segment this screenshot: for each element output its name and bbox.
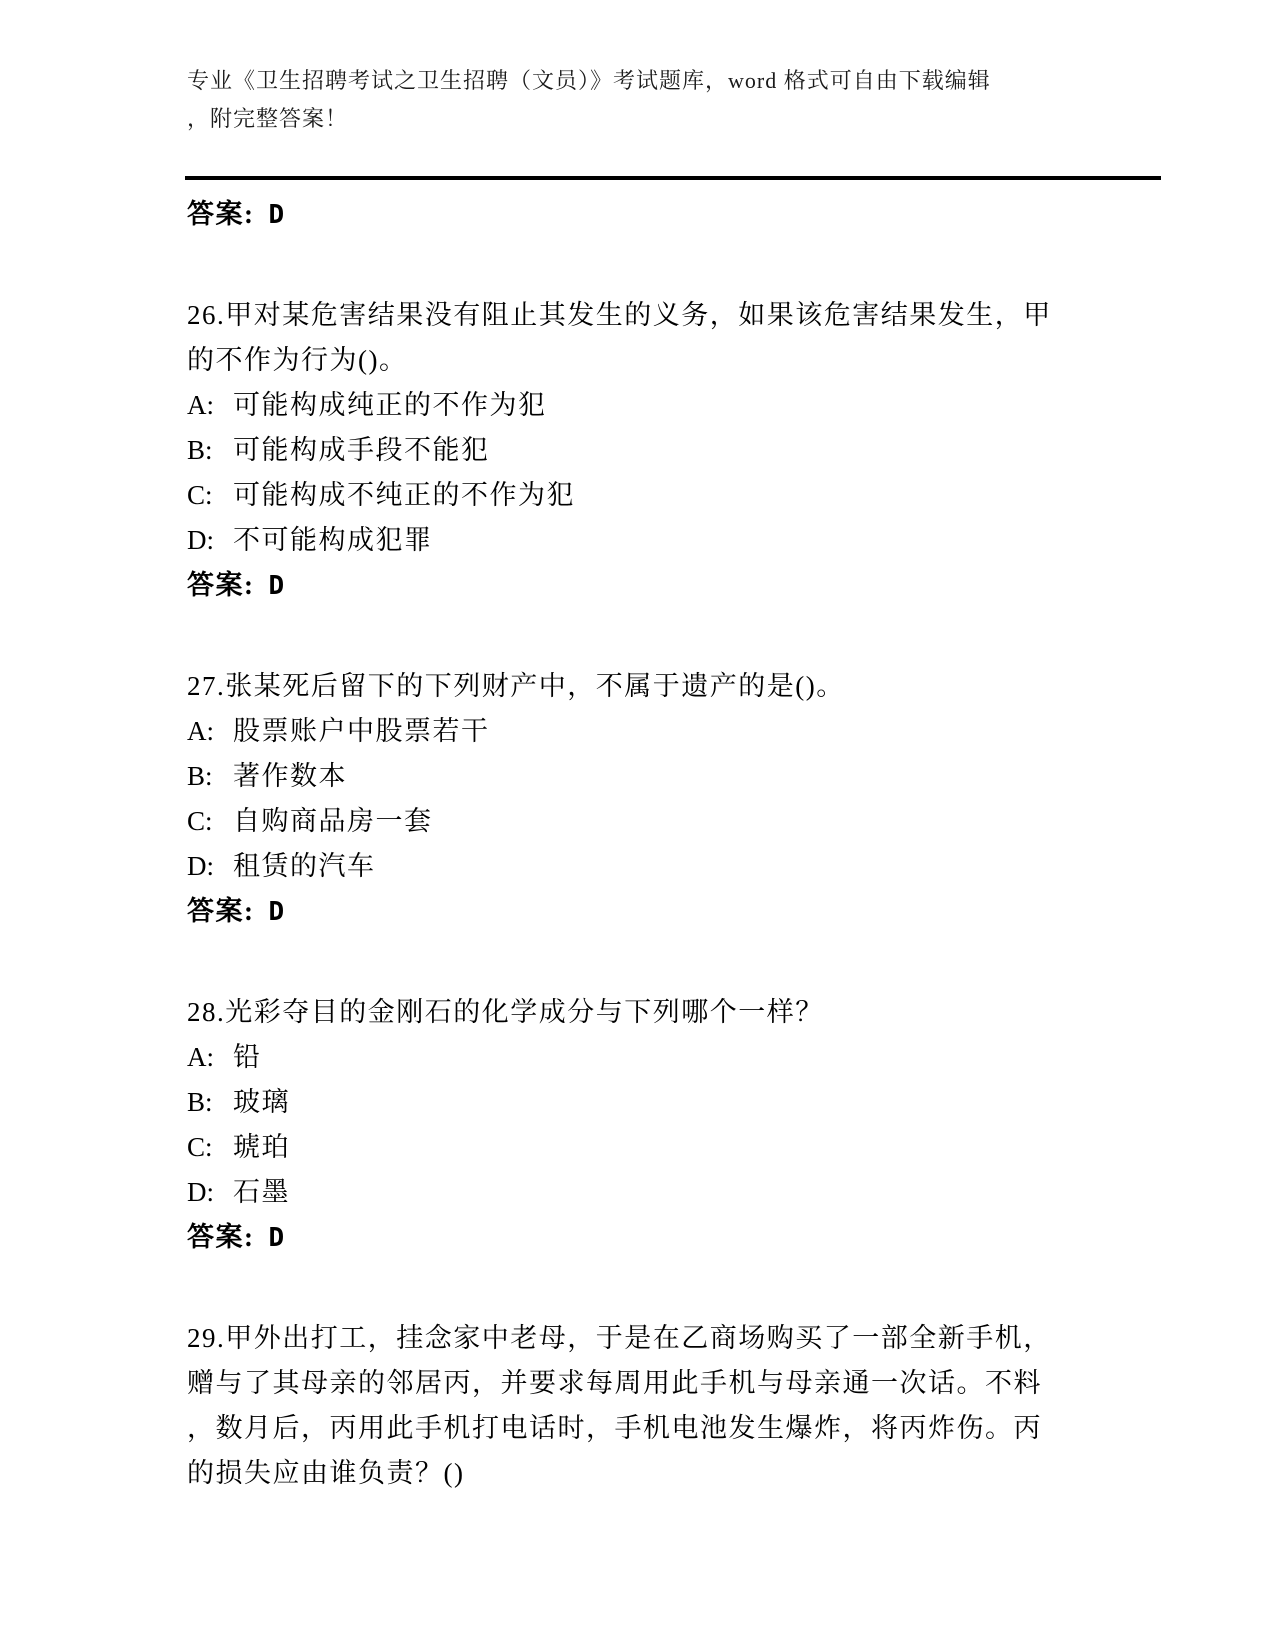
option-row: C:琥珀 [187,1125,1115,1170]
answer-line: 答案:D [187,889,1115,935]
option-text: 可能构成纯正的不作为犯 [233,390,547,420]
option-label: A: [187,1035,233,1080]
answer-line: 答案:D [187,1215,1115,1261]
option-row: D:石墨 [187,1170,1115,1215]
header-text-line: ，附完整答案！ [187,100,1115,138]
option-label: A: [187,383,233,428]
option-row: B:可能构成手段不能犯 [187,428,1115,473]
question-text-line: ，数月后，丙用此手机打电话时，手机电池发生爆炸，将丙炸伤。丙 [187,1406,1115,1451]
option-text: 股票账户中股票若干 [233,716,490,746]
question-block: 29.甲外出打工，挂念家中老母，于是在乙商场购买了一部全新手机，赠与了其母亲的邻… [187,1316,1115,1496]
page-header: 专业《卫生招聘考试之卫生招聘（文员）》考试题库，word 格式可自由下载编辑 ，… [187,62,1115,138]
carryover-answer-line: 答案:D [187,192,1115,238]
option-row: D:不可能构成犯罪 [187,518,1115,563]
option-label: C: [187,1125,233,1170]
option-label: C: [187,473,233,518]
option-text: 自购商品房一套 [233,806,433,836]
option-label: C: [187,799,233,844]
option-row: B:著作数本 [187,754,1115,799]
option-row: C:自购商品房一套 [187,799,1115,844]
option-text: 玻璃 [233,1087,290,1117]
question-block: 26.甲对某危害结果没有阻止其发生的义务，如果该危害结果发生，甲的不作为行为()… [187,293,1115,609]
option-text: 可能构成不纯正的不作为犯 [233,480,575,510]
option-row: B:玻璃 [187,1080,1115,1125]
option-row: C:可能构成不纯正的不作为犯 [187,473,1115,518]
option-text: 著作数本 [233,761,347,791]
option-row: A:可能构成纯正的不作为犯 [187,383,1115,428]
option-row: A:铅 [187,1035,1115,1080]
questions-container: 26.甲对某危害结果没有阻止其发生的义务，如果该危害结果发生，甲的不作为行为()… [187,293,1115,1496]
answer-label: 答案: [187,570,255,600]
option-text: 可能构成手段不能犯 [233,435,490,465]
option-label: B: [187,754,233,799]
option-label: B: [187,428,233,473]
answer-value: D [269,897,286,927]
question-text-line: 赠与了其母亲的邻居丙，并要求每周用此手机与母亲通一次话。不料 [187,1361,1115,1406]
option-text: 不可能构成犯罪 [233,525,433,555]
question-text-line: 26.甲对某危害结果没有阻止其发生的义务，如果该危害结果发生，甲 [187,293,1115,338]
answer-value: D [269,571,286,601]
option-label: A: [187,709,233,754]
question-block: 28.光彩夺目的金刚石的化学成分与下列哪个一样？A:铅B:玻璃C:琥珀D:石墨答… [187,990,1115,1261]
answer-value: D [269,1223,286,1253]
question-text-line: 29.甲外出打工，挂念家中老母，于是在乙商场购买了一部全新手机， [187,1316,1115,1361]
answer-label: 答案: [187,896,255,926]
document-page: 专业《卫生招聘考试之卫生招聘（文员）》考试题库，word 格式可自由下载编辑 ，… [0,0,1275,1650]
question-text-line: 28.光彩夺目的金刚石的化学成分与下列哪个一样？ [187,990,1115,1035]
answer-label: 答案: [187,199,255,229]
header-text-line: 专业《卫生招聘考试之卫生招聘（文员）》考试题库，word 格式可自由下载编辑 [187,62,1115,100]
answer-value: D [269,200,286,230]
question-block: 27.张某死后留下的下列财产中，不属于遗产的是()。A:股票账户中股票若干B:著… [187,664,1115,935]
option-row: D:租赁的汽车 [187,844,1115,889]
option-label: B: [187,1080,233,1125]
option-text: 石墨 [233,1177,290,1207]
answer-line: 答案:D [187,563,1115,609]
answer-label: 答案: [187,1222,255,1252]
option-text: 铅 [233,1042,262,1072]
option-text: 琥珀 [233,1132,290,1162]
option-label: D: [187,518,233,563]
question-text-line: 的损失应由谁负责？() [187,1451,1115,1496]
option-label: D: [187,844,233,889]
option-text: 租赁的汽车 [233,851,376,881]
question-text-line: 的不作为行为()。 [187,338,1115,383]
option-label: D: [187,1170,233,1215]
header-divider [185,176,1161,180]
question-text-line: 27.张某死后留下的下列财产中，不属于遗产的是()。 [187,664,1115,709]
option-row: A:股票账户中股票若干 [187,709,1115,754]
